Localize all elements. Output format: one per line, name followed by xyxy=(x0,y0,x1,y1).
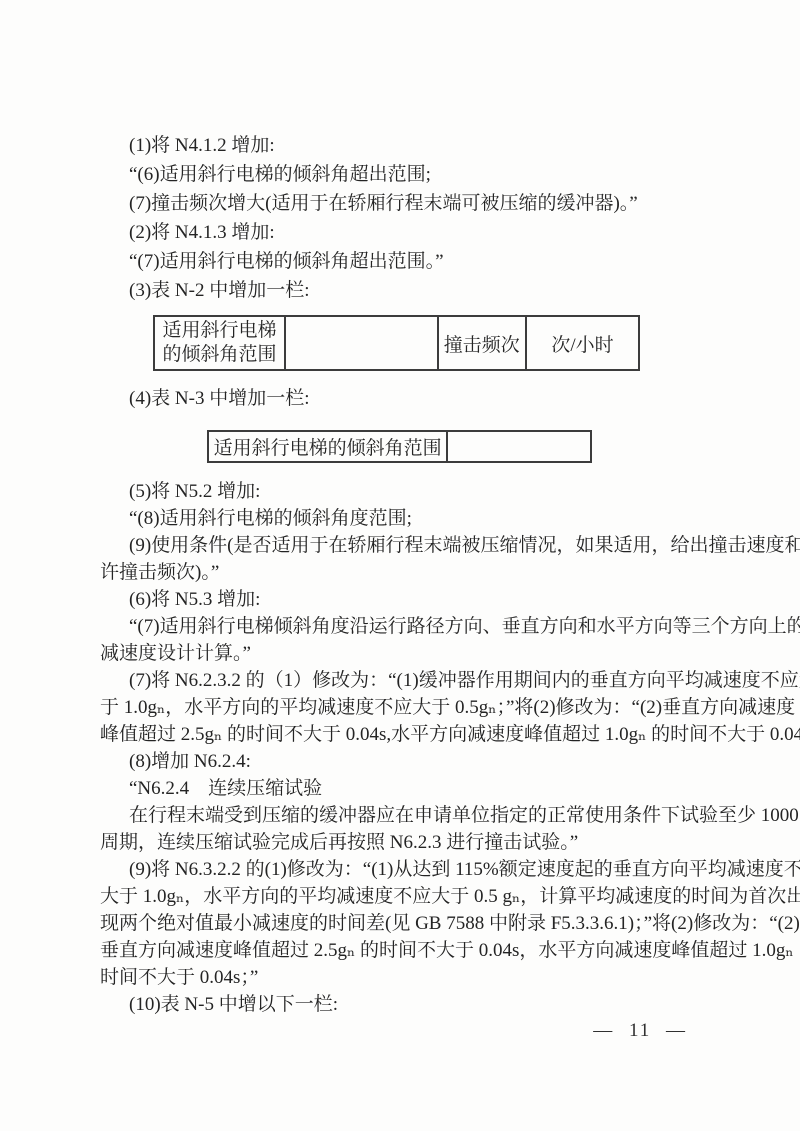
text-line: (8)增加 N6.2.4: xyxy=(100,748,716,775)
text-line: 许撞击频次)。” xyxy=(100,559,716,586)
paragraph-block-bottom: (5)将 N5.2 增加: “(8)适用斜行电梯的倾斜角度范围; (9)使用条件… xyxy=(100,478,716,1018)
table-n2-cell-empty xyxy=(284,317,437,369)
text-line: (9)使用条件(是否适用于在轿厢行程末端被压缩情况，如果适用，给出撞击速度和允 xyxy=(100,532,716,559)
page-number: — 11 — xyxy=(593,1019,687,1043)
text-line: (5)将 N5.2 增加: xyxy=(100,478,716,505)
text-line: (7)撞击频次增大(适用于在轿厢行程末端可被压缩的缓冲器)。” xyxy=(100,189,716,218)
text-line: (3)表 N-2 中增加一栏: xyxy=(100,276,716,305)
text-line: (7)将 N6.2.3.2 的（1）修改为：“(1)缓冲器作用期间内的垂直方向平… xyxy=(100,667,716,694)
text-line: 时间不大于 0.04s；” xyxy=(100,964,716,991)
text-line: (4)表 N-3 中增加一栏: xyxy=(100,385,716,413)
text-line: 减速度设计计算。” xyxy=(100,640,716,667)
paragraph-block-mid: (4)表 N-3 中增加一栏: xyxy=(100,385,716,413)
paragraph-block-top: (1)将 N4.1.2 增加: “(6)适用斜行电梯的倾斜角超出范围; (7)撞… xyxy=(100,131,716,305)
text-line: (2)将 N4.1.3 增加: xyxy=(100,218,716,247)
text-line: (10)表 N-5 中增以下一栏: xyxy=(100,991,716,1018)
text-line: (1)将 N4.1.2 增加: xyxy=(100,131,716,160)
text-line: 于 1.0gₙ，水平方向的平均减速度不应大于 0.5gₙ；”将(2)修改为：“(… xyxy=(100,694,716,721)
table-n3: 适用斜行电梯的倾斜角范围 xyxy=(207,430,592,463)
text-line: 在行程末端受到压缩的缓冲器应在申请单位指定的正常使用条件下试验至少 1000 个 xyxy=(100,802,716,829)
text-line: “N6.2.4 连续压缩试验 xyxy=(100,775,716,802)
text-line: “(7)适用斜行电梯倾斜角度沿运行路径方向、垂直方向和水平方向等三个方向上的 xyxy=(100,613,716,640)
text-line: 大于 1.0gₙ，水平方向的平均减速度不应大于 0.5 gₙ，计算平均减速度的时… xyxy=(100,883,716,910)
text-line: (9)将 N6.3.2.2 的(1)修改为：“(1)从达到 115%额定速度起的… xyxy=(100,856,716,883)
text-line: (6)将 N5.3 增加: xyxy=(100,586,716,613)
page-content: (1)将 N4.1.2 增加: “(6)适用斜行电梯的倾斜角超出范围; (7)撞… xyxy=(100,131,716,1018)
table-n2-cell-frequency-label: 撞击频次 xyxy=(437,317,525,369)
table-n2: 适用斜行电梯 的倾斜角范围 撞击频次 次/小时 xyxy=(153,315,640,371)
table-n2-cell-unit: 次/小时 xyxy=(525,317,638,369)
table-n3-cell-label: 适用斜行电梯的倾斜角范围 xyxy=(209,432,446,461)
text-line: 现两个绝对值最小减速度的时间差(见 GB 7588 中附录 F5.3.3.6.1… xyxy=(100,910,716,937)
text-line: 垂直方向减速度峰值超过 2.5gₙ 的时间不大于 0.04s，水平方向减速度峰值… xyxy=(100,937,716,964)
table-n2-cell-label: 适用斜行电梯 的倾斜角范围 xyxy=(155,317,284,369)
table-n3-cell-empty xyxy=(446,432,590,461)
text-line: “(8)适用斜行电梯的倾斜角度范围; xyxy=(100,505,716,532)
text-line: “(6)适用斜行电梯的倾斜角超出范围; xyxy=(100,160,716,189)
text-line: 周期，连续压缩试验完成后再按照 N6.2.3 进行撞击试验。” xyxy=(100,829,716,856)
document-page: (1)将 N4.1.2 增加: “(6)适用斜行电梯的倾斜角超出范围; (7)撞… xyxy=(0,0,800,1131)
text-line: “(7)适用斜行电梯的倾斜角超出范围。” xyxy=(100,247,716,276)
text-line: 峰值超过 2.5gₙ 的时间不大于 0.04s,水平方向减速度峰值超过 1.0g… xyxy=(100,721,716,748)
